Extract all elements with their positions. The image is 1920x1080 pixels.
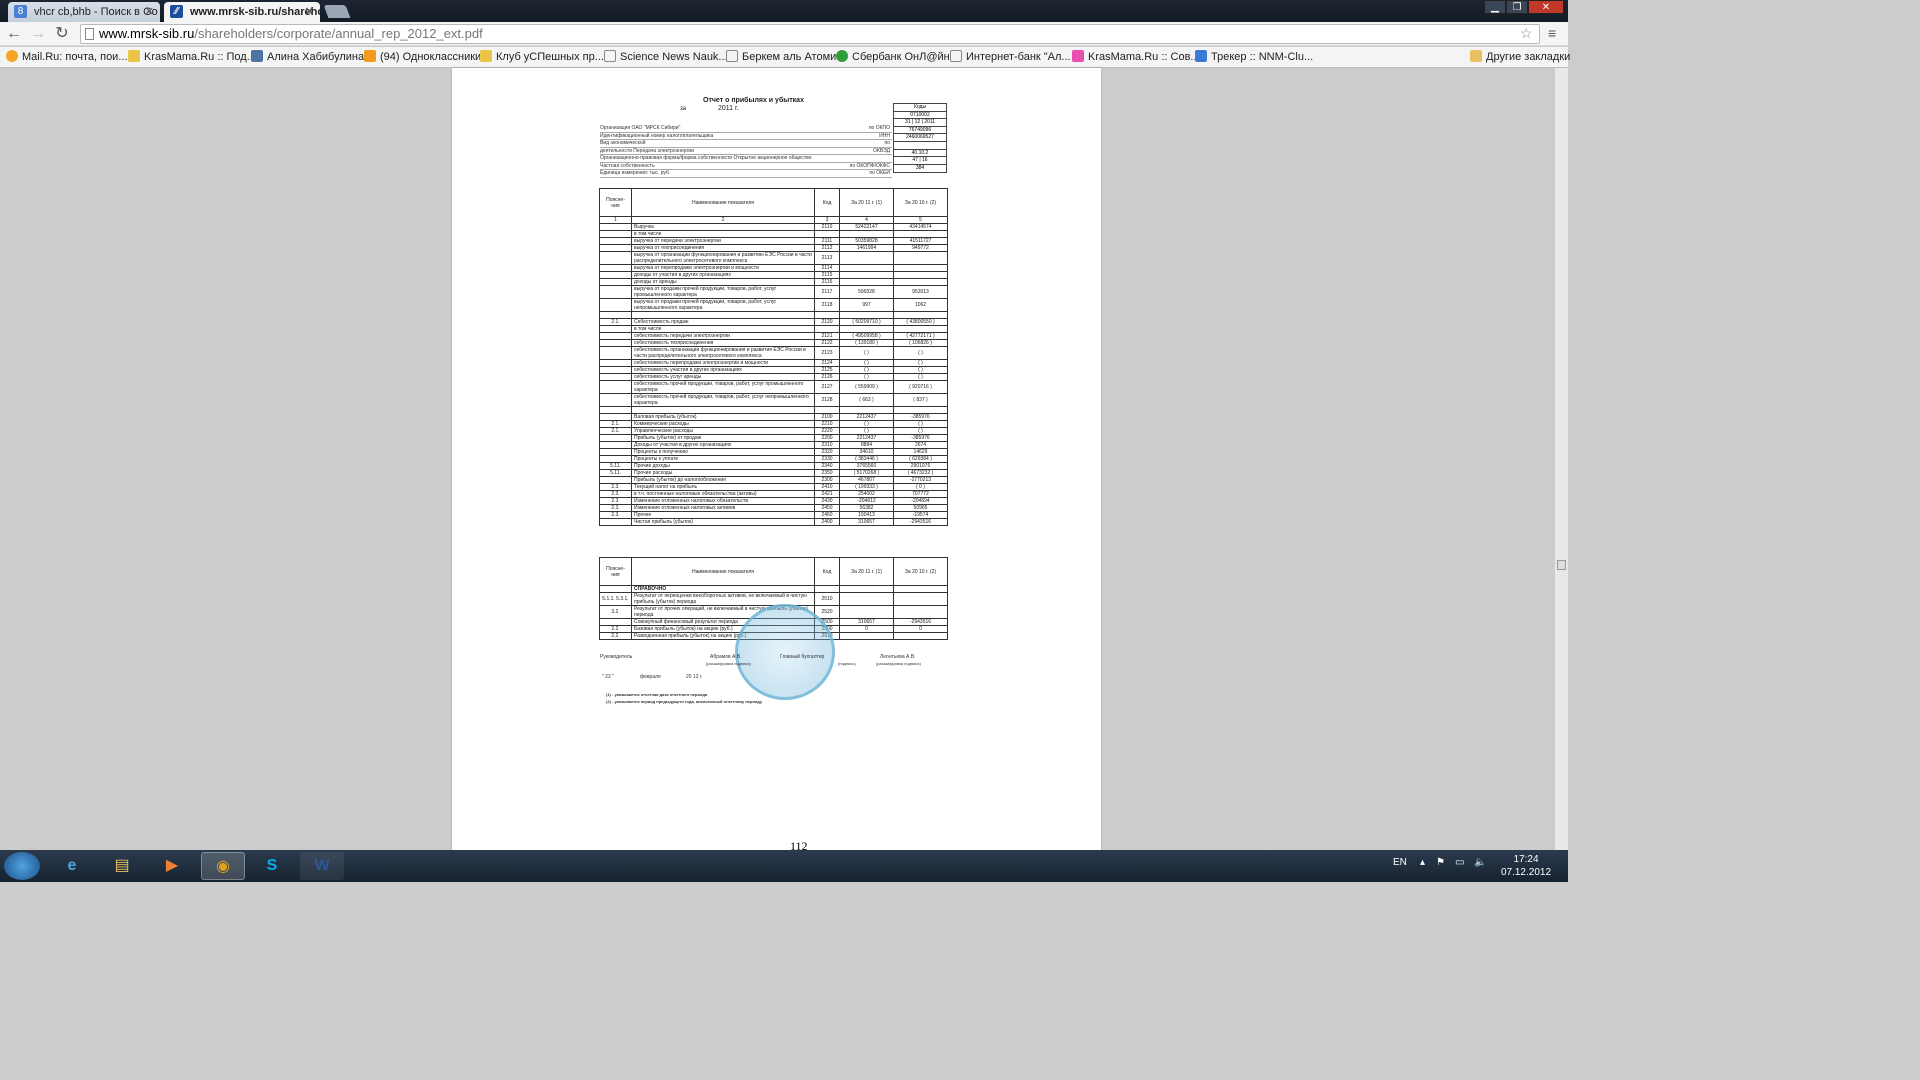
row-code: 2460: [815, 512, 840, 519]
word-icon[interactable]: W: [300, 852, 344, 880]
footnote-1: (1) - указывается отчетная дата отчетног…: [606, 692, 707, 697]
row-name: [632, 312, 815, 319]
row-name: себестоимость прочей продукции, товаров,…: [632, 394, 815, 407]
row-name: в том числе: [632, 326, 815, 333]
row-value-2010: 50965: [894, 505, 948, 512]
row-name: Выручка: [632, 224, 815, 231]
row-name: выручка от передачи электроэнергии: [632, 238, 815, 245]
clock-time: 17:24: [1500, 853, 1552, 866]
row-value-2010: -19574: [894, 512, 948, 519]
maximize-button[interactable]: ❐: [1506, 0, 1528, 14]
bookmark-item[interactable]: Интернет-банк "Ал...: [950, 50, 1071, 64]
row-code: 2120: [815, 319, 840, 326]
system-clock[interactable]: 17:24 07.12.2012: [1500, 853, 1552, 879]
row-note: [600, 477, 632, 484]
row-value-2010: 707772: [894, 491, 948, 498]
language-indicator[interactable]: EN: [1393, 857, 1407, 868]
bookmark-item[interactable]: Трекер :: NNM-Clu...: [1195, 50, 1313, 64]
row-name: в т.ч. постоянные налоговые обязательств…: [632, 491, 815, 498]
codes-box: Коды 0710002 31 | 12 | 2011 76749096 246…: [893, 103, 947, 173]
row-value-2010: 949772: [894, 245, 948, 252]
col-code-header: Код: [815, 558, 840, 586]
row-code: 2100: [815, 414, 840, 421]
forward-button[interactable]: →: [28, 24, 48, 44]
krasmama-icon: [1072, 50, 1084, 62]
row-name: доходы от участия в других организациях: [632, 272, 815, 279]
row-note: [600, 414, 632, 421]
row-note: [600, 347, 632, 360]
media-player-icon[interactable]: ▶: [150, 852, 194, 880]
meta-code-label: ИНН: [879, 133, 890, 140]
row-note: [600, 394, 632, 407]
row-name: Прочее: [632, 512, 815, 519]
show-hidden-icons[interactable]: ▴: [1420, 857, 1425, 868]
row-code: 2430: [815, 498, 840, 505]
row-note: [600, 312, 632, 319]
row-value-2010: ( 106826 ): [894, 340, 948, 347]
row-note: [600, 367, 632, 374]
scrollbar[interactable]: [1555, 68, 1568, 850]
row-value-2011: 599328: [840, 286, 894, 299]
okud-code: 0710002: [894, 112, 946, 120]
row-value-2010: ( 4673232 ): [894, 470, 948, 477]
table-row: себестоимость участия в других организац…: [600, 367, 948, 374]
table-row: себестоимость организации функционирован…: [600, 347, 948, 360]
close-tab-icon[interactable]: ✕: [145, 2, 154, 22]
row-code: 2114: [815, 265, 840, 272]
row-name: Проценты к уплате: [632, 456, 815, 463]
col-2011-header: За 20 11 г. (1): [840, 189, 894, 217]
reload-button[interactable]: ↻: [52, 24, 72, 44]
row-value-2011: ( 199333 ): [840, 484, 894, 491]
row-value-2011: 2212437: [840, 435, 894, 442]
table-row: 2.3.Прочее2460190413-19574: [600, 512, 948, 519]
col-code-header: Код: [815, 189, 840, 217]
chief-accountant-sub: (расшифровка подписи): [876, 661, 921, 666]
row-note: [600, 586, 632, 593]
row-value-2010: ( 43800550 ): [894, 319, 948, 326]
row-name: выручка от продажи прочей продукции, тов…: [632, 299, 815, 312]
row-note: 2.1.: [600, 428, 632, 435]
row-value-2011: 467807: [840, 477, 894, 484]
row-value-2011: [840, 606, 894, 619]
col-2010-header: За 20 10 г. (2): [894, 189, 948, 217]
row-value-2011: 190413: [840, 512, 894, 519]
row-note: [600, 442, 632, 449]
row-value-2011: [840, 272, 894, 279]
row-note: [600, 374, 632, 381]
table-row: 2.1.Себестоимость продаж2120( 50209710 )…: [600, 319, 948, 326]
row-value-2011: [840, 407, 894, 414]
row-value-2010: 2901076: [894, 463, 948, 470]
table-row: выручка от техприсоединения2112146199494…: [600, 245, 948, 252]
sign-sub: (подпись): [838, 661, 856, 666]
url-path: /shareholders/corporate/annual_rep_2012_…: [194, 26, 482, 41]
org-meta-line: деятельности Передача электроэнергииОКВЭ…: [600, 148, 892, 156]
row-code: 2126: [815, 374, 840, 381]
column-number: 3: [815, 217, 840, 224]
row-code: [815, 326, 840, 333]
row-code: 2340: [815, 463, 840, 470]
bookmark-item[interactable]: Беркем аль Атоми: [726, 50, 836, 64]
row-note: 2.3.: [600, 512, 632, 519]
row-value-2010: [894, 606, 948, 619]
row-note: 2.1.: [600, 319, 632, 326]
row-value-2011: 310657: [840, 619, 894, 626]
row-value-2011: 34610: [840, 449, 894, 456]
row-note: [600, 299, 632, 312]
row-value-2010: ( ): [894, 347, 948, 360]
bookmark-item[interactable]: KrasMama.Ru :: Сов...: [1072, 50, 1200, 64]
row-name: Валовая прибыль (убыток): [632, 414, 815, 421]
row-name: Управленческие расходы: [632, 428, 815, 435]
row-code: 2118: [815, 299, 840, 312]
row-value-2010: 952013: [894, 286, 948, 299]
inn-code: 2460069527: [894, 134, 946, 142]
row-value-2010: -2943516: [894, 619, 948, 626]
row-value-2010: ( ): [894, 428, 948, 435]
row-name: Изменение отложенных налоговых обязатель…: [632, 498, 815, 505]
org-meta-line: Организационно-правовая форма/форма собс…: [600, 155, 892, 163]
table-row: 2.3.Изменение отложенных налоговых обяза…: [600, 498, 948, 505]
row-value-2011: ( ): [840, 374, 894, 381]
okei-code: 384: [894, 165, 946, 173]
row-value-2011: ( 50209710 ): [840, 319, 894, 326]
club-icon: [480, 50, 492, 62]
row-value-2011: ( 383446 ): [840, 456, 894, 463]
chief-accountant-label: Главный бухгалтер: [780, 654, 824, 660]
close-window-button[interactable]: ✕: [1528, 0, 1564, 14]
row-value-2010: -385976: [894, 414, 948, 421]
row-value-2010: [894, 593, 948, 606]
meta-label: Идентификационный номер налогоплательщик…: [600, 133, 713, 139]
bookmark-item[interactable]: (94) Одноклассники: [364, 50, 481, 64]
row-note: 2.2.: [600, 626, 632, 633]
table-row: 5.11.Прочие доходы234037655602901076: [600, 463, 948, 470]
table-row: доходы от участия в других организациях2…: [600, 272, 948, 279]
row-name: выручка от техприсоединения: [632, 245, 815, 252]
col-2011-header: За 20 11 г. (1): [840, 558, 894, 586]
table-row: 2.1.Управленческие расходы2220( )( ): [600, 428, 948, 435]
row-value-2011: [840, 586, 894, 593]
network-icon[interactable]: ▭: [1455, 857, 1464, 868]
row-value-2010: [894, 326, 948, 333]
close-tab-icon[interactable]: ✕: [305, 2, 314, 22]
row-note: 5.1.1. 5.3.1.: [600, 593, 632, 606]
row-name: СПРАВОЧНО: [632, 586, 815, 593]
report-period-label: за: [680, 106, 686, 113]
row-name: [632, 407, 815, 414]
row-note: [600, 231, 632, 238]
row-value-2010: -204694: [894, 498, 948, 505]
row-value-2011: [840, 265, 894, 272]
other-bookmarks[interactable]: Другие закладки: [1470, 50, 1568, 64]
row-value-2010: [894, 272, 948, 279]
row-code: [815, 586, 840, 593]
table-row: СПРАВОЧНО: [600, 586, 948, 593]
bookmark-star-icon[interactable]: ☆: [1520, 25, 1533, 42]
row-value-2010: 1062: [894, 299, 948, 312]
row-value-2010: 43414574: [894, 224, 948, 231]
report-title: Отчет о прибылях и убытках: [703, 97, 804, 104]
row-note: [600, 326, 632, 333]
table-row: Выручка21105242214743414574: [600, 224, 948, 231]
folder-icon: [1470, 50, 1482, 62]
mrsk-logo-icon: ⁄⁄: [170, 5, 183, 18]
row-value-2011: ( 139180 ): [840, 340, 894, 347]
bookmark-item[interactable]: Mail.Ru: почта, пои...: [6, 50, 128, 64]
head-name: Абрамов А.В.: [710, 654, 741, 660]
browser-toolbar: ← → ↻ www.mrsk-sib.ru/shareholders/corpo…: [0, 22, 1568, 46]
meta-code-label: по ОКПО: [869, 125, 890, 132]
row-code: 2450: [815, 505, 840, 512]
row-name: себестоимость участия в других организац…: [632, 367, 815, 374]
col-2010-header: За 20 10 г. (2): [894, 558, 948, 586]
row-value-2010: [894, 312, 948, 319]
table-row: выручка от перепродажи электроэнергии и …: [600, 265, 948, 272]
footnote-2: (2) - указывается период предыдущего год…: [606, 699, 762, 704]
blank-code: [894, 142, 946, 150]
row-note: [600, 224, 632, 231]
row-code: 2122: [815, 340, 840, 347]
row-value-2011: 52422147: [840, 224, 894, 231]
row-value-2011: 8894: [840, 442, 894, 449]
row-value-2010: ( 42772171 ): [894, 333, 948, 340]
row-name: себестоимость прочей продукции, товаров,…: [632, 381, 815, 394]
table-row: себестоимость техприсоединения2122( 1391…: [600, 340, 948, 347]
back-button[interactable]: ←: [4, 24, 24, 44]
menu-icon[interactable]: ≡: [1548, 25, 1556, 41]
meta-label: Единица измерения: тыс. руб.: [600, 170, 670, 176]
new-tab-button[interactable]: [324, 5, 351, 18]
row-value-2010: ( ): [894, 367, 948, 374]
meta-label: Вид экономической: [600, 140, 646, 146]
date-day: " 22 ": [602, 674, 614, 680]
row-note: [600, 360, 632, 367]
row-code: 2128: [815, 394, 840, 407]
row-value-2011: 3765560: [840, 463, 894, 470]
scrollbar-grip[interactable]: [1557, 560, 1566, 570]
col-name-header: Наименование показателя: [632, 558, 815, 586]
table-row: Валовая прибыль (убыток)21002212437-3859…: [600, 414, 948, 421]
start-button[interactable]: [4, 852, 40, 880]
row-code: 2116: [815, 279, 840, 286]
row-code: 2124: [815, 360, 840, 367]
row-note: 2.2.: [600, 633, 632, 640]
column-number: 1: [600, 217, 632, 224]
row-value-2010: [894, 265, 948, 272]
google-icon: 8: [14, 5, 27, 18]
table-row: [600, 312, 948, 319]
org-meta: Организация ОАО "МРСК Сибири"по ОКПОИден…: [600, 125, 892, 178]
row-value-2011: ( 49509958 ): [840, 333, 894, 340]
col-notes-header: Поясне-ния: [600, 558, 632, 586]
row-code: 2115: [815, 272, 840, 279]
row-value-2010: [894, 586, 948, 593]
row-value-2010: [894, 279, 948, 286]
tab-google-search[interactable]: 8 vhcr cb,bhb - Поиск в Go ✕: [8, 2, 160, 22]
skype-icon[interactable]: S: [250, 852, 294, 880]
row-value-2010: ( ): [894, 360, 948, 367]
row-name: Прочие расходы: [632, 470, 815, 477]
table-header: Поясне-нияНаименование показателяКодЗа 2…: [600, 189, 948, 217]
table-row: 2.3.Текущий налог на прибыль2410( 199333…: [600, 484, 948, 491]
row-note: 2.3.: [600, 498, 632, 505]
row-value-2011: [840, 231, 894, 238]
chrome-icon[interactable]: ◉: [201, 852, 245, 880]
row-value-2011: -204612: [840, 498, 894, 505]
page-icon: [604, 50, 616, 62]
row-value-2010: ( 0 ): [894, 484, 948, 491]
table-row: Прибыль (убыток) от продаж22002212437-38…: [600, 435, 948, 442]
row-note: [600, 619, 632, 626]
meta-code-label: ОКВЭД: [873, 148, 890, 155]
row-value-2010: [894, 633, 948, 640]
row-value-2010: -2943516: [894, 519, 948, 526]
minimize-button[interactable]: ▁: [1484, 0, 1506, 14]
table-row: себестоимость передачи электроэнергии212…: [600, 333, 948, 340]
row-value-2011: ( ): [840, 347, 894, 360]
row-code: 2200: [815, 435, 840, 442]
row-note: [600, 449, 632, 456]
row-code: 2210: [815, 421, 840, 428]
org-meta-line: Организация ОАО "МРСК Сибири"по ОКПО: [600, 125, 892, 133]
row-name: Прочие доходы: [632, 463, 815, 470]
org-meta-line: Единица измерения: тыс. руб.по ОКЕИ: [600, 170, 892, 178]
row-note: 2.3.: [600, 505, 632, 512]
row-value-2010: -2770213: [894, 477, 948, 484]
row-name: Доходы от участия в других организациях: [632, 442, 815, 449]
row-note: 2.3.: [600, 491, 632, 498]
date-year: 20 12 г.: [686, 674, 703, 680]
row-name: себестоимость организации функционирован…: [632, 347, 815, 360]
row-name: выручка от продажи прочей продукции, тов…: [632, 286, 815, 299]
row-name: Прибыль (убыток) до налогообложения: [632, 477, 815, 484]
row-note: 5.11.: [600, 463, 632, 470]
row-note: 2.3.: [600, 484, 632, 491]
row-value-2011: ( ): [840, 360, 894, 367]
col-name-header: Наименование показателя: [632, 189, 815, 217]
row-name: Изменение отложенных налоговых активов: [632, 505, 815, 512]
row-value-2011: 2212437: [840, 414, 894, 421]
row-value-2011: 50359828: [840, 238, 894, 245]
row-name: Себестоимость продаж: [632, 319, 815, 326]
meta-label: Организационно-правовая форма/форма собс…: [600, 155, 812, 161]
table-row: в том числе: [600, 231, 948, 238]
row-note: [600, 238, 632, 245]
table-row: 2.3.Изменение отложенных налоговых актив…: [600, 505, 948, 512]
table-row: себестоимость услуг аренды2126( )( ): [600, 374, 948, 381]
row-value-2010: ( ): [894, 421, 948, 428]
bookmark-item[interactable]: Алина Хабибулина: [251, 50, 364, 64]
row-note: [600, 407, 632, 414]
okved-code: 40.10.2: [894, 150, 946, 158]
head-name-sub: (расшифровка подписи): [706, 661, 751, 666]
row-code: 2320: [815, 449, 840, 456]
org-meta-line: Идентификационный номер налогоплательщик…: [600, 133, 892, 141]
column-numbers: 12345: [600, 217, 948, 224]
row-value-2010: ( 629384 ): [894, 456, 948, 463]
address-bar[interactable]: www.mrsk-sib.ru/shareholders/corporate/a…: [80, 24, 1540, 44]
table-row: Чистая прибыль (убыток)2400310657-294351…: [600, 519, 948, 526]
row-code: 2400: [815, 519, 840, 526]
row-value-2011: ( ): [840, 421, 894, 428]
bookmark-item[interactable]: Клуб уСПешных пр...: [480, 50, 604, 64]
row-value-2011: [840, 312, 894, 319]
row-code: 2350: [815, 470, 840, 477]
row-name: Прибыль (убыток) от продаж: [632, 435, 815, 442]
volume-icon[interactable]: 🔈: [1474, 857, 1486, 868]
bookmark-item[interactable]: Сбербанк ОнЛ@йн: [836, 50, 950, 64]
row-code: 2111: [815, 238, 840, 245]
row-value-2011: ( ): [840, 428, 894, 435]
meta-label: деятельности Передача электроэнергии: [600, 148, 694, 154]
row-value-2011: [840, 326, 894, 333]
row-note: [600, 279, 632, 286]
row-note: [600, 286, 632, 299]
income-statement-table: Поясне-нияНаименование показателяКодЗа 2…: [599, 188, 948, 526]
page-icon: [85, 28, 94, 40]
report-date: 31 | 12 | 2011: [894, 119, 946, 127]
row-value-2010: [894, 231, 948, 238]
action-center-flag-icon[interactable]: ⚑: [1436, 857, 1445, 868]
row-code: 2330: [815, 456, 840, 463]
row-code: 2123: [815, 347, 840, 360]
row-code: [815, 231, 840, 238]
row-note: 2.1.: [600, 421, 632, 428]
row-name: Чистая прибыль (убыток): [632, 519, 815, 526]
mailru-icon: [6, 50, 18, 62]
chief-accountant-name: Леонтьева А.В.: [880, 654, 916, 660]
internet-explorer-icon[interactable]: e: [50, 852, 94, 880]
org-meta-line: Вид экономическойпо: [600, 140, 892, 148]
bookmark-item[interactable]: Science News Nauk...: [604, 50, 728, 64]
table-row: 5.11.Прочие расходы2350( 5170268 )( 4673…: [600, 470, 948, 477]
row-note: 5.11.: [600, 470, 632, 477]
table-row: доходы от аренды2116: [600, 279, 948, 286]
bookmark-item[interactable]: KrasMama.Ru :: Под...: [128, 50, 256, 64]
row-value-2010: 41511727: [894, 238, 948, 245]
column-number: 5: [894, 217, 948, 224]
row-value-2010: 14629: [894, 449, 948, 456]
tab-mrsk-pdf[interactable]: ⁄⁄ www.mrsk-sib.ru/shareho ✕: [164, 2, 320, 22]
meta-label: Организация ОАО "МРСК Сибири": [600, 125, 680, 131]
meta-label: Частная собственность: [600, 163, 655, 169]
table-row: Доходы от участия в других организациях2…: [600, 442, 948, 449]
okpo-code: 76749096: [894, 127, 946, 135]
row-code: 2127: [815, 381, 840, 394]
file-explorer-icon[interactable]: ▤: [100, 852, 144, 880]
row-value-2010: [894, 252, 948, 265]
row-value-2011: ( 663 ): [840, 394, 894, 407]
sberbank-icon: [836, 50, 848, 62]
row-value-2011: 0: [840, 626, 894, 633]
row-name: Коммерческие расходы: [632, 421, 815, 428]
table-row: себестоимость перепродажи электроэнергии…: [600, 360, 948, 367]
row-note: [600, 272, 632, 279]
table-row: 2.1.Коммерческие расходы2210( )( ): [600, 421, 948, 428]
table-row: выручка от продажи прочей продукции, тов…: [600, 286, 948, 299]
bookmarks-bar: Mail.Ru: почта, пои... KrasMama.Ru :: По…: [0, 47, 1568, 68]
meta-code-label: по ОКЕИ: [869, 170, 890, 177]
row-code: [815, 312, 840, 319]
page-icon: [950, 50, 962, 62]
table-row: 2.3.в т.ч. постоянные налоговые обязател…: [600, 491, 948, 498]
row-value-2010: ( 837 ): [894, 394, 948, 407]
row-value-2011: 310657: [840, 519, 894, 526]
row-value-2011: 56382: [840, 505, 894, 512]
row-name: в том числе: [632, 231, 815, 238]
